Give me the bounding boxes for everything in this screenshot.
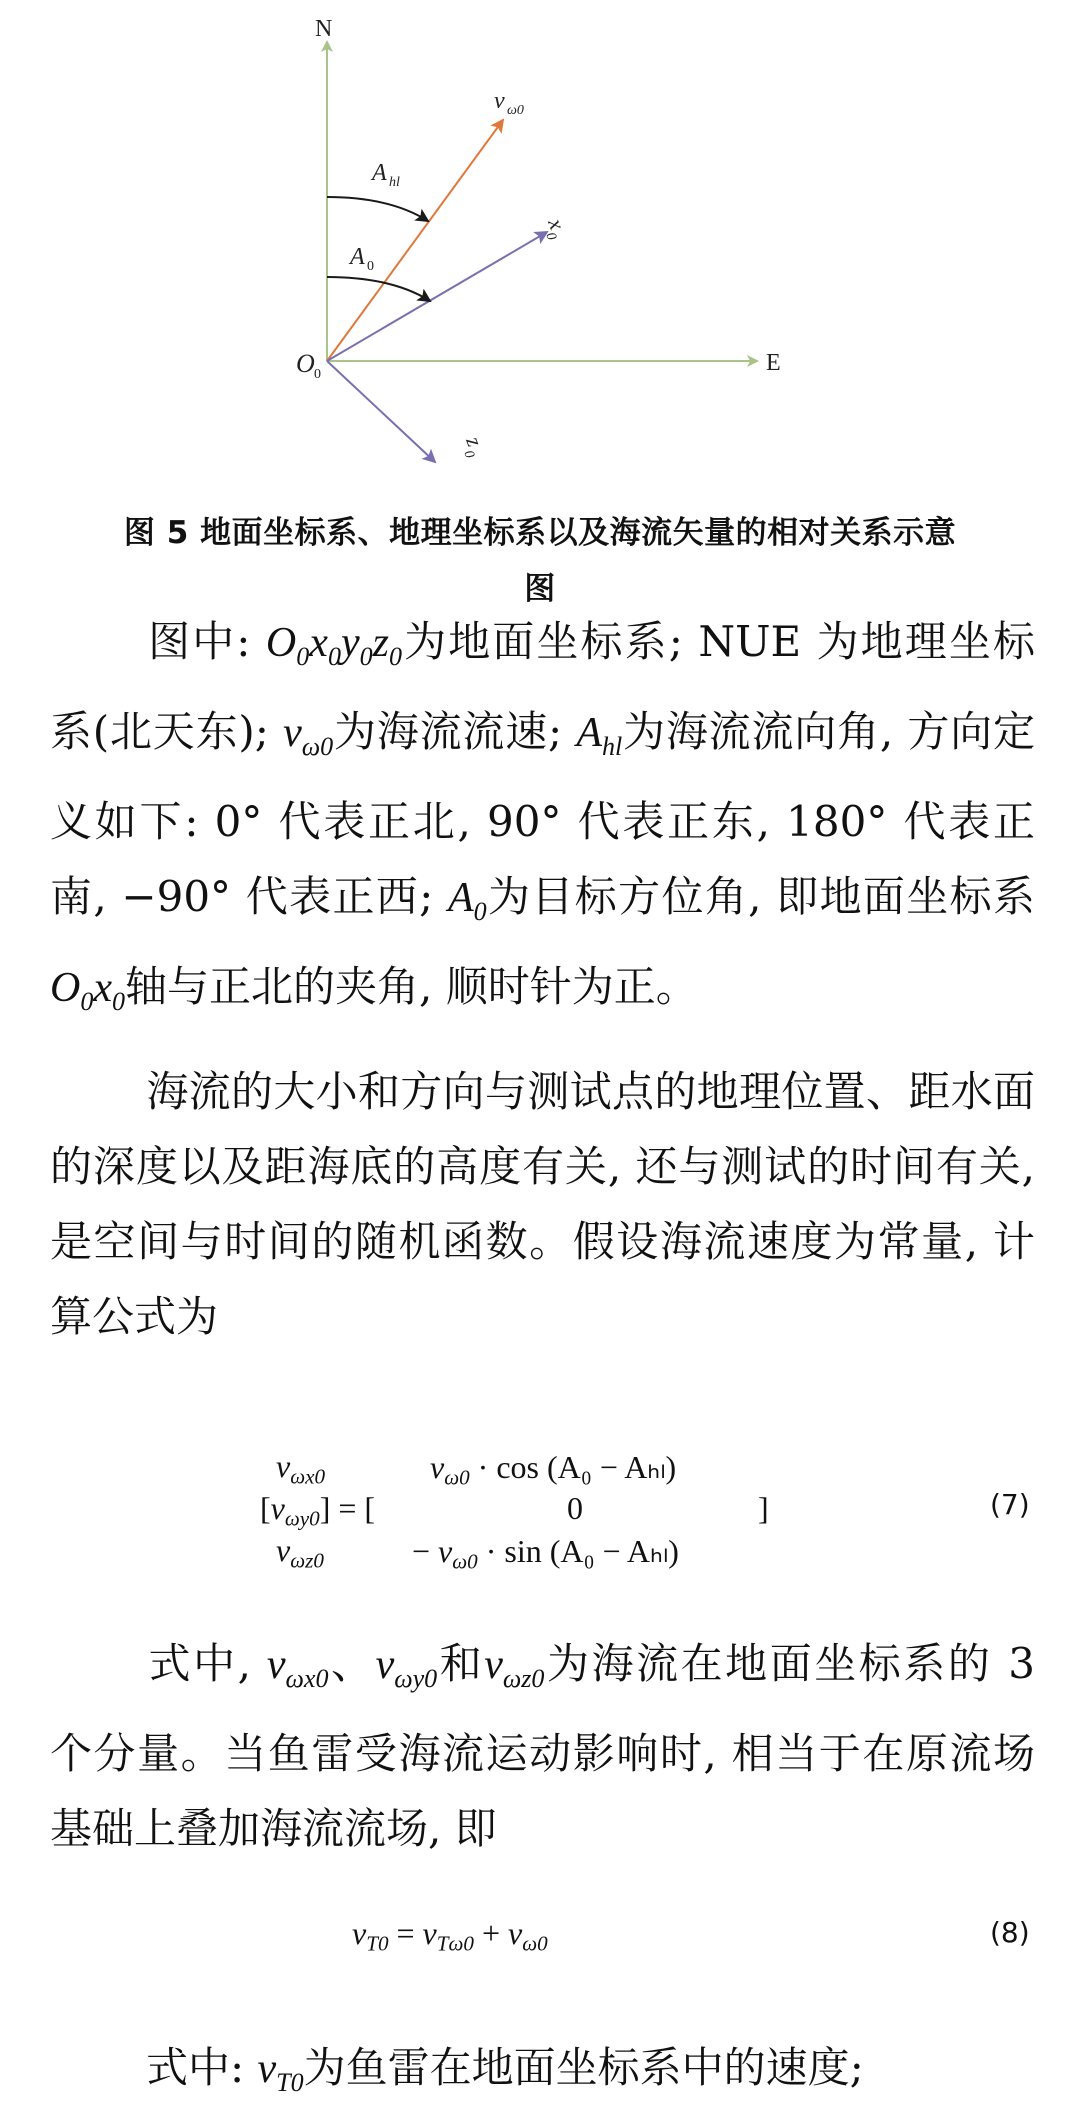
- equation-8: vT0 = vTω0 + vω0: [352, 1915, 548, 1956]
- north-label: N: [315, 16, 332, 42]
- v-label: v: [494, 88, 505, 114]
- text: 海流的大小和方向与测试点的地理位置、距水面的深度以及距海底的高度有关, 还与测试…: [50, 1067, 1035, 1341]
- text: 和: [437, 1639, 484, 1688]
- text: 轴与正北的夹角, 顺时针为正。: [125, 962, 698, 1011]
- ahl-arc: [327, 197, 428, 221]
- math-vt0: vT0: [258, 2046, 304, 2092]
- eq-sub: ωy0: [285, 1506, 320, 1530]
- paragraph-2: 海流的大小和方向与测试点的地理位置、距水面的深度以及距海底的高度有关, 还与测试…: [50, 1054, 1035, 1354]
- v-sub: ω0: [507, 103, 524, 118]
- paragraph-1: 图中: O0x0y0z0为地面坐标系; NUE 为地理坐标系(北天东); vω0…: [50, 604, 1035, 1039]
- eq-var: v: [276, 1448, 290, 1484]
- math-v-omega0: vω0: [283, 710, 333, 756]
- text: 为目标方位角, 即地面坐标系: [487, 872, 1035, 921]
- z0-label: z: [461, 432, 488, 450]
- current-vector: [327, 120, 503, 361]
- eq-rhs: · sin (A₀ − Aₕₗ): [486, 1533, 679, 1569]
- eq-var: v: [276, 1532, 290, 1568]
- ahl-label: A: [370, 160, 387, 186]
- a0-label: A: [348, 244, 365, 270]
- equation-7: vωx0 [vωy0] = [ vωz0 vω0 · cos (A₀ − Aₕₗ…: [262, 1448, 782, 1578]
- east-label: E: [766, 350, 781, 376]
- ahl-sub: hl: [389, 175, 400, 190]
- text: 、: [328, 1639, 375, 1688]
- z0-axis: [327, 361, 435, 462]
- text: 图中:: [146, 617, 266, 666]
- text: 为海流流速;: [333, 707, 576, 756]
- eq-sub: ωx0: [290, 1464, 325, 1488]
- equation-number-8: (8): [990, 1916, 1030, 1949]
- text: 为鱼雷在地面坐标系中的速度;: [304, 2043, 864, 2092]
- z0-sub: 0: [460, 449, 476, 461]
- paragraph-4: 式中: vT0为鱼雷在地面坐标系中的速度;: [50, 2030, 1035, 2116]
- math-vwx0: vωx0: [267, 1642, 329, 1688]
- eq-rhs: 0: [567, 1490, 583, 1527]
- math-o0x0y0z0: O0x0y0z0: [266, 620, 402, 666]
- math-vwz0: vωz0: [484, 1642, 544, 1688]
- math-o0x0: O0x0: [50, 965, 125, 1011]
- math-vwy0: vωy0: [376, 1642, 438, 1688]
- math-ahl: Ahl: [576, 710, 622, 756]
- eq-var: v: [271, 1490, 285, 1526]
- text: 式中,: [146, 1639, 267, 1688]
- text: 式中:: [146, 2043, 258, 2092]
- coordinate-diagram: N E O 0 v ω0 x 0 z 0 A hl A 0: [0, 0, 1080, 480]
- origin-sub: 0: [314, 367, 321, 382]
- equation-number-7: (7): [990, 1488, 1030, 1521]
- eq-rhs: · cos (A₀ − Aₕₗ): [478, 1449, 677, 1485]
- figure-caption: 图 5 地面坐标系、地理坐标系以及海流矢量的相对关系示意 图: [40, 505, 1040, 617]
- caption-line-1: 图 5 地面坐标系、地理坐标系以及海流矢量的相对关系示意: [40, 505, 1040, 561]
- origin-label: O: [296, 349, 315, 378]
- paragraph-3: 式中, vωx0、vωy0和vωz0为海流在地面坐标系的 3 个分量。当鱼雷受海…: [50, 1626, 1035, 1866]
- a0-sub: 0: [367, 259, 374, 274]
- eq-sub: ωz0: [290, 1548, 324, 1572]
- math-a0: A0: [448, 875, 487, 921]
